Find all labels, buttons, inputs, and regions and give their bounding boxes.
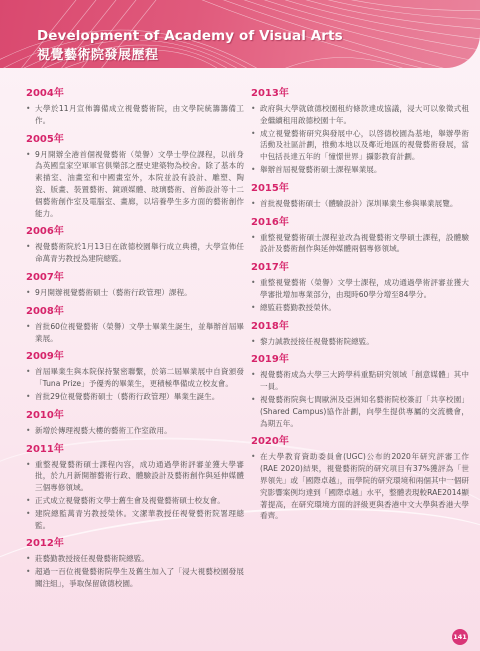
year-heading: 2012年 [26, 538, 244, 550]
event-item: 總監莊藝勤教授榮休。 [251, 302, 469, 314]
event-item: 9月開辦全港首個視覺藝術（榮譽）文學士學位課程，以前身為英國皇家空軍軍官俱樂部之… [26, 149, 244, 220]
year-heading: 2010年 [26, 410, 244, 422]
event-list: 在大學教育資助委員會(UGC)公布的2020年研究評審工作(RAE 2020)結… [251, 451, 469, 522]
year-heading: 2005年 [26, 134, 244, 146]
event-item: 莊藝勤教授接任視覺藝術院總監。 [26, 553, 244, 565]
year-heading: 2020年 [251, 436, 469, 448]
event-item: 重整視覺藝術（榮譽）文學士課程，成功通過學術評審並獲大學審批增加專業部分，由現時… [251, 277, 469, 301]
event-list: 大學於11月宣佈籌備成立視覺藝術院，由文學院統籌籌備工作。 [26, 103, 244, 127]
timeline-section: 2011年重整視覺藝術碩士課程內容，成功通過學術評審並獲大學審批，於九月新開辦藝… [26, 444, 244, 532]
event-item: 視覺藝術院與七間歐洲及亞洲知名藝術院校簽訂「共享校園」(Shared Campu… [251, 394, 469, 429]
year-heading: 2008年 [26, 306, 244, 318]
event-item: 首批29位視覺藝術碩士（藝術行政管理）畢業生誕生。 [26, 391, 244, 403]
timeline-left-column: 2004年大學於11月宣佈籌備成立視覺藝術院，由文學院統籌籌備工作。2005年9… [26, 88, 244, 597]
event-list: 首批60位視覺藝術（榮譽）文學士畢業生誕生，並舉辦首屆畢業展。 [26, 321, 244, 345]
timeline-section: 2009年首屆畢業生與本院保持緊密聯繫，於第二屆畢業展中自資頒發「Tuna Pr… [26, 351, 244, 402]
timeline-section: 2007年9月開辦視覺藝術碩士（藝術行政管理）課程。 [26, 272, 244, 299]
event-item: 成立視覺藝術研究與發展中心，以啓德校園為基地，舉辦學術活動及社區計劃，推動本地以… [251, 128, 469, 163]
timeline-section: 2015年首批視覺藝術碩士（體驗設計）深圳畢業生參與畢業展覽。 [251, 183, 469, 210]
event-list: 重整視覺藝術碩士課程內容，成功通過學術評審並獲大學審批，於九月新開辦藝術行政、體… [26, 459, 244, 532]
event-list: 視覺藝術院於1月13日在啟德校園舉行成立典禮，大學宣佈任命萬青屴教授為建院總監。 [26, 241, 244, 265]
event-list: 重整視覺藝術碩士課程並改為視覺藝術文學碩士課程，設體驗設計及藝術創作與延伸媒體兩… [251, 232, 469, 256]
year-heading: 2018年 [251, 321, 469, 333]
event-item: 首屆畢業生與本院保持緊密聯繫，於第二屆畢業展中自資頒發「Tuna Prize」予… [26, 366, 244, 390]
event-item: 首批60位視覺藝術（榮譽）文學士畢業生誕生，並舉辦首屆畢業展。 [26, 321, 244, 345]
year-heading: 2016年 [251, 217, 469, 229]
event-list: 首批視覺藝術碩士（體驗設計）深圳畢業生參與畢業展覽。 [251, 198, 469, 210]
event-item: 建院總監萬青屴教授榮休。文潔華教授任視覺藝術院署理總監。 [26, 508, 244, 532]
event-list: 視覺藝術成為大學三大跨學科重點研究領域「創意媒體」其中一員。視覺藝術院與七間歐洲… [251, 369, 469, 429]
event-item: 視覺藝術成為大學三大跨學科重點研究領域「創意媒體」其中一員。 [251, 369, 469, 393]
year-heading: 2013年 [251, 88, 469, 100]
year-heading: 2007年 [26, 272, 244, 284]
year-heading: 2015年 [251, 183, 469, 195]
year-heading: 2006年 [26, 226, 244, 238]
event-item: 黎力誠教授接任視覺藝術院總監。 [251, 336, 469, 348]
timeline-section: 2004年大學於11月宣佈籌備成立視覺藝術院，由文學院統籌籌備工作。 [26, 88, 244, 127]
event-list: 新增於傳理視藝大樓的藝術工作室啟用。 [26, 425, 244, 437]
event-item: 在大學教育資助委員會(UGC)公布的2020年研究評審工作(RAE 2020)結… [251, 451, 469, 522]
event-list: 首屆畢業生與本院保持緊密聯繫，於第二屆畢業展中自資頒發「Tuna Prize」予… [26, 366, 244, 402]
event-item: 重整視覺藝術碩士課程並改為視覺藝術文學碩士課程，設體驗設計及藝術創作與延伸媒體兩… [251, 232, 469, 256]
timeline-section: 2008年首批60位視覺藝術（榮譽）文學士畢業生誕生，並舉辦首屆畢業展。 [26, 306, 244, 345]
year-heading: 2011年 [26, 444, 244, 456]
event-list: 9月開辦全港首個視覺藝術（榮譽）文學士學位課程，以前身為英國皇家空軍軍官俱樂部之… [26, 149, 244, 220]
page-title-english: Development of Academy of Visual Arts [37, 28, 343, 44]
event-item: 大學於11月宣佈籌備成立視覺藝術院，由文學院統籌籌備工作。 [26, 103, 244, 127]
event-item: 超過一百位視覺藝術院學生及舊生加入了「浸大視藝校園發展關注組」，爭取保留啟德校園… [26, 566, 244, 590]
event-item: 新增於傳理視藝大樓的藝術工作室啟用。 [26, 425, 244, 437]
timeline-section: 2012年莊藝勤教授接任視覺藝術院總監。超過一百位視覺藝術院學生及舊生加入了「浸… [26, 538, 244, 589]
timeline-section: 2019年視覺藝術成為大學三大跨學科重點研究領域「創意媒體」其中一員。視覺藝術院… [251, 354, 469, 429]
event-item: 首批視覺藝術碩士（體驗設計）深圳畢業生參與畢業展覽。 [251, 198, 469, 210]
timeline-section: 2017年重整視覺藝術（榮譽）文學士課程，成功通過學術評審並獲大學審批增加專業部… [251, 262, 469, 313]
timeline-section: 2006年視覺藝術院於1月13日在啟德校園舉行成立典禮，大學宣佈任命萬青屴教授為… [26, 226, 244, 265]
page-title-chinese: 視覺藝術院發展歷程 [37, 44, 159, 63]
event-list: 重整視覺藝術（榮譽）文學士課程，成功通過學術評審並獲大學審批增加專業部分，由現時… [251, 277, 469, 313]
event-item: 視覺藝術院於1月13日在啟德校園舉行成立典禮，大學宣佈任命萬青屴教授為建院總監。 [26, 241, 244, 265]
page-header-banner: Development of Academy of Visual Arts 視覺… [0, 0, 480, 68]
year-heading: 2009年 [26, 351, 244, 363]
year-heading: 2017年 [251, 262, 469, 274]
event-list: 政府與大學就啟德校園租約條款達成協議，浸大可以象徵式租金繼續租用啟德校園十年。成… [251, 103, 469, 176]
year-heading: 2019年 [251, 354, 469, 366]
event-item: 重整視覺藝術碩士課程內容，成功通過學術評審並獲大學審批，於九月新開辦藝術行政、體… [26, 459, 244, 494]
timeline-section: 2020年在大學教育資助委員會(UGC)公布的2020年研究評審工作(RAE 2… [251, 436, 469, 522]
event-list: 9月開辦視覺藝術碩士（藝術行政管理）課程。 [26, 287, 244, 299]
event-item: 正式成立視覺藝術文學士舊生會及視覺藝術碩士校友會。 [26, 495, 244, 507]
event-list: 莊藝勤教授接任視覺藝術院總監。超過一百位視覺藝術院學生及舊生加入了「浸大視藝校園… [26, 553, 244, 589]
event-item: 舉辦首屆視覺藝術碩士課程畢業展。 [251, 164, 469, 176]
timeline-section: 2013年政府與大學就啟德校園租約條款達成協議，浸大可以象徵式租金繼續租用啟德校… [251, 88, 469, 176]
event-item: 政府與大學就啟德校園租約條款達成協議，浸大可以象徵式租金繼續租用啟德校園十年。 [251, 103, 469, 127]
event-item: 9月開辦視覺藝術碩士（藝術行政管理）課程。 [26, 287, 244, 299]
year-heading: 2004年 [26, 88, 244, 100]
event-list: 黎力誠教授接任視覺藝術院總監。 [251, 336, 469, 348]
timeline-right-column: 2013年政府與大學就啟德校園租約條款達成協議，浸大可以象徵式租金繼續租用啟德校… [251, 88, 469, 529]
timeline-section: 2005年9月開辦全港首個視覺藝術（榮譽）文學士學位課程，以前身為英國皇家空軍軍… [26, 134, 244, 220]
timeline-section: 2018年黎力誠教授接任視覺藝術院總監。 [251, 321, 469, 348]
timeline-section: 2010年新增於傳理視藝大樓的藝術工作室啟用。 [26, 410, 244, 437]
timeline-section: 2016年重整視覺藝術碩士課程並改為視覺藝術文學碩士課程，設體驗設計及藝術創作與… [251, 217, 469, 256]
page-number-badge: 141 [452, 629, 468, 645]
